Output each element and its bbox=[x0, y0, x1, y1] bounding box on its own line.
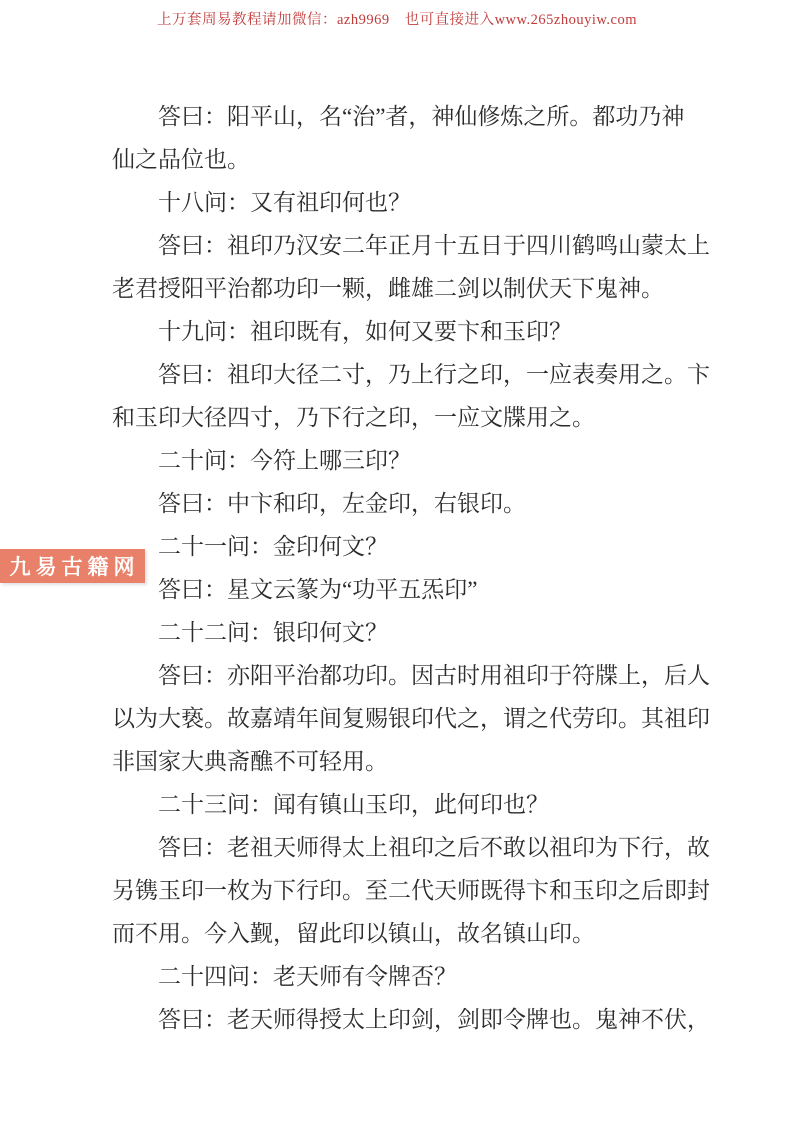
text-line: 而不用。今入觐，留此印以镇山，故名镇山印。 bbox=[112, 912, 680, 955]
text-line: 二十三问：闻有镇山玉印，此何印也？ bbox=[112, 783, 680, 826]
text-line: 十九问：祖印既有，如何又要卞和玉印？ bbox=[112, 310, 680, 353]
text-line: 答曰：祖印乃汉安二年正月十五日于四川鹤鸣山蒙太上 bbox=[112, 224, 680, 267]
document-body: 答曰：阳平山，名“治”者，神仙修炼之所。都功乃神仙之品位也。十八问：又有祖印何也… bbox=[112, 95, 680, 1041]
text-line: 二十问：今符上哪三印？ bbox=[112, 439, 680, 482]
text-line: 二十一问：金印何文？ bbox=[112, 525, 680, 568]
text-line: 十八问：又有祖印何也？ bbox=[112, 181, 680, 224]
text-line: 答曰：祖印大径二寸，乃上行之印，一应表奏用之。卞 bbox=[112, 353, 680, 396]
text-line: 答曰：老天师得授太上印剑，剑即令牌也。鬼神不伏， bbox=[112, 998, 680, 1041]
text-line: 仙之品位也。 bbox=[112, 138, 680, 181]
text-line: 答曰：星文云篆为“功平五炁印” bbox=[112, 568, 680, 611]
text-line: 二十四问：老天师有令牌否？ bbox=[112, 955, 680, 998]
watermark-badge: 九易古籍网 bbox=[0, 549, 145, 583]
text-line: 答曰：阳平山，名“治”者，神仙修炼之所。都功乃神 bbox=[112, 95, 680, 138]
text-line: 老君授阳平治都功印一颗，雌雄二剑以制伏天下鬼神。 bbox=[112, 267, 680, 310]
document-page: 上万套周易教程请加微信：azh9969 也可直接进入www.265zhouyiw… bbox=[0, 0, 794, 1123]
text-line: 答曰：亦阳平治都功印。因古时用祖印于符牒上，后人 bbox=[112, 654, 680, 697]
text-line: 另镌玉印一枚为下行印。至二代天师既得卞和玉印之后即封 bbox=[112, 869, 680, 912]
promo-header-text: 上万套周易教程请加微信：azh9969 也可直接进入www.265zhouyiw… bbox=[0, 8, 794, 29]
text-line: 以为大亵。故嘉靖年间复赐银印代之，谓之代劳印。其祖印 bbox=[112, 697, 680, 740]
text-line: 和玉印大径四寸，乃下行之印，一应文牒用之。 bbox=[112, 396, 680, 439]
text-line: 答曰：中卞和印，左金印，右银印。 bbox=[112, 482, 680, 525]
text-line: 二十二问：银印何文？ bbox=[112, 611, 680, 654]
text-line: 非国家大典斋醮不可轻用。 bbox=[112, 740, 680, 783]
text-line: 答曰：老祖天师得太上祖印之后不敢以祖印为下行，故 bbox=[112, 826, 680, 869]
